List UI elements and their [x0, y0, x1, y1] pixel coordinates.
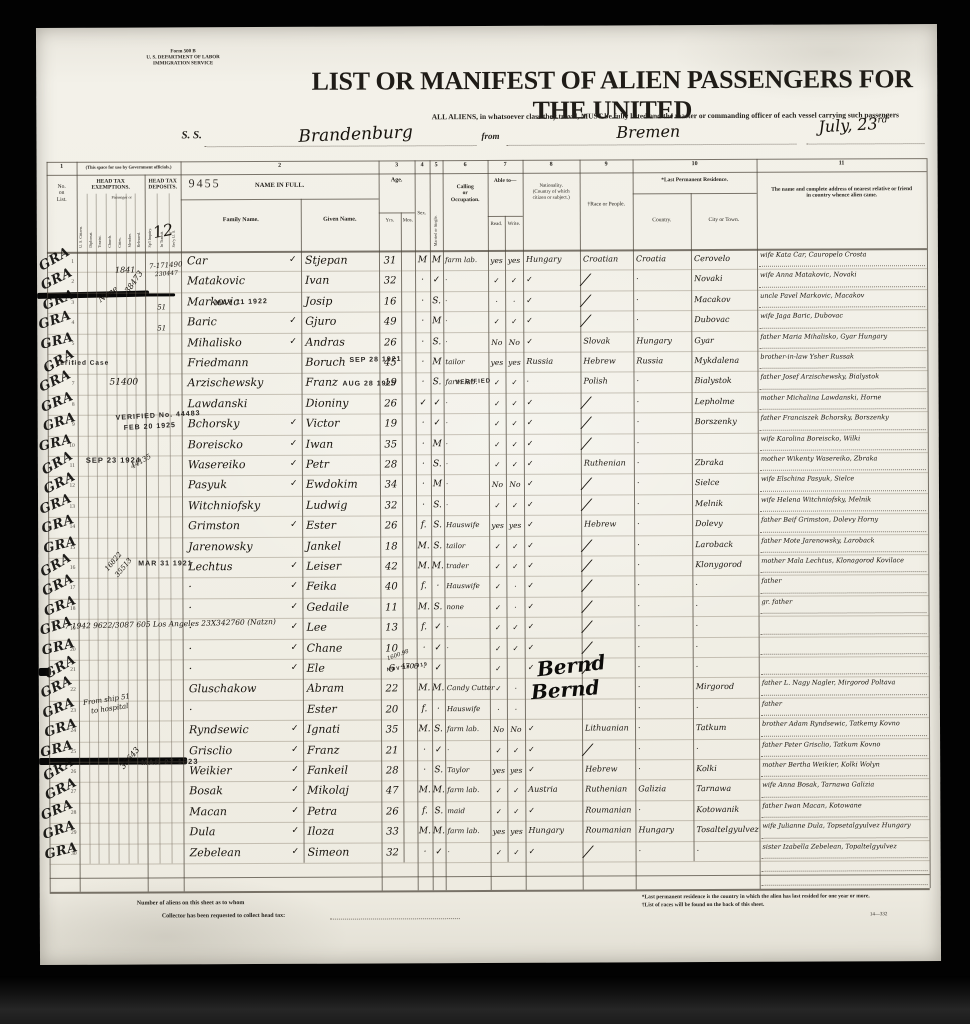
cell-country: ·: [639, 846, 642, 855]
grid-vline: [301, 199, 305, 863]
col-number: 7: [488, 162, 523, 168]
relative-guide-line: [760, 469, 926, 471]
cell-sex: ·: [417, 765, 432, 775]
cell-family-name: ·: [188, 581, 192, 594]
relative-guide-line: [759, 367, 925, 369]
cell-read: ✓: [489, 501, 506, 510]
cell-nationality: ✓: [527, 581, 534, 590]
cell-married-single: S.: [430, 296, 443, 306]
cell-age-years: 40: [380, 582, 402, 593]
header-race: †Race or People.: [580, 201, 633, 207]
cell-occupation: farm lab.: [445, 256, 488, 264]
paper-sheet: Form 500 B U. S. DEPARTMENT OF LABOR IMM…: [36, 24, 941, 965]
cell-age-years: 32: [379, 276, 401, 287]
cell-given-name: Fankeil: [307, 764, 348, 777]
cell-country: ·: [638, 805, 641, 814]
cell-nationality: ✓: [526, 275, 533, 284]
cell-relative: father Josef Arzischewsky, Bialystok: [760, 372, 923, 381]
col-number: 9: [580, 161, 633, 167]
cell-write: ✓: [506, 419, 524, 428]
cell-race: Polish: [583, 377, 607, 386]
cell-married-single: S.: [430, 378, 443, 388]
cell-occupation: ·: [446, 460, 489, 468]
cell-married-single: S.: [430, 337, 443, 347]
relative-guide-line: [761, 735, 927, 737]
cell-nationality: ✓: [528, 663, 535, 672]
cell-nationality: ✓: [527, 540, 534, 549]
cell-read: No: [490, 725, 507, 734]
cell-country: Croatia: [636, 254, 666, 263]
cell-city: Macakov: [694, 295, 730, 304]
cell-race: /: [581, 536, 593, 554]
cell-sex: ·: [416, 500, 431, 510]
cell-city: Tatkum: [696, 723, 726, 732]
cell-occupation: ·: [446, 501, 489, 509]
cell-family-name: Bchorsky: [188, 417, 240, 430]
footer-residence-note: *Last permanent residence is the country…: [642, 893, 870, 900]
cell-occupation: ·: [447, 623, 490, 631]
cell-family-name: ·: [189, 662, 193, 675]
header-exemption-col: Cities.: [116, 198, 121, 248]
cell-age-years: 32: [382, 847, 404, 858]
cell-nationality: ✓: [528, 642, 535, 651]
cell-race: /: [581, 577, 593, 595]
cell-age-years: 33: [381, 827, 403, 838]
cell-city: Kolki: [696, 764, 717, 773]
cell-nationality: ✓: [528, 622, 535, 631]
relative-guide-line: [760, 408, 926, 410]
grid-hline: [379, 212, 415, 213]
relative-guide-line: [761, 653, 927, 655]
cell-write: ✓: [506, 439, 524, 448]
cell-write: ·: [507, 705, 525, 714]
check-mark: ✓: [291, 622, 299, 632]
cell-city: Tosaltelgyulvez: [696, 825, 758, 834]
cell-city: ·: [696, 662, 699, 671]
cell-age-years: 26: [381, 806, 403, 817]
cell-occupation: none: [446, 603, 489, 611]
cell-sex: M.: [416, 561, 431, 571]
cell-race: Ruthenian: [585, 785, 627, 794]
check-mark: ✓: [291, 785, 299, 795]
cell-occupation: ·: [445, 297, 488, 305]
cell-married-single: M: [430, 357, 443, 367]
cell-country: ·: [637, 540, 640, 549]
cell-race: /: [581, 557, 593, 575]
cell-family-name: Zebelean: [190, 846, 241, 859]
cell-age-years: 20: [381, 704, 403, 715]
cell-given-name: Victor: [306, 417, 340, 430]
cell-occupation: farm lab.: [447, 725, 490, 733]
check-mark: ✓: [291, 806, 299, 816]
cell-family-name: Macan: [189, 805, 227, 818]
cell-write: yes: [505, 358, 523, 367]
header-yrs: Yrs.: [379, 218, 401, 223]
cell-country: ·: [637, 601, 640, 610]
cell-family-name: Ryndsewic: [189, 723, 249, 736]
cell-nationality: ✓: [527, 500, 534, 509]
cell-occupation: farm lab.: [447, 786, 490, 794]
cell-family-name: Dula: [189, 825, 215, 838]
cell-occupation: tailor: [446, 542, 489, 550]
cell-nationality: ✓: [528, 744, 535, 753]
cell-age-years: 32: [380, 500, 402, 511]
header-able-to: Able to—: [488, 178, 523, 184]
cell-relative: sister Izabella Zebelean, Topaltelgyulve…: [763, 842, 926, 851]
cell-race: /: [580, 312, 592, 330]
rule: [506, 144, 796, 146]
footer-aliens-note: Number of aliens on this sheet as to who…: [137, 900, 245, 906]
cell-city: ·: [695, 601, 698, 610]
check-mark: ✓: [292, 846, 300, 856]
check-mark: ✓: [289, 255, 297, 265]
cell-country: ·: [637, 458, 640, 467]
date-stamp: Verified Case: [55, 360, 109, 367]
cell-read: yes: [490, 827, 507, 836]
cell-relative: wife Anna Bosak, Tarnawa Galizia: [762, 780, 925, 789]
cell-country: ·: [638, 622, 641, 631]
cell-race: /: [580, 291, 592, 309]
date-stamp: MAY 11 1922: [215, 298, 268, 307]
cell-relative: mother Michalina Lawdanski, Horne: [761, 393, 924, 402]
cell-race: /: [581, 434, 593, 452]
cell-write: ·: [507, 684, 525, 693]
cell-given-name: Andras: [305, 335, 345, 348]
cell-relative: father Franciszek Bchorsky, Borszenky: [761, 413, 924, 422]
cell-age-years: 49: [379, 317, 401, 328]
cell-given-name: Ewdokim: [306, 478, 358, 491]
cell-sex: ·: [418, 847, 433, 857]
relative-guide-line: [761, 694, 927, 696]
relative-guide-line: [761, 775, 927, 777]
date-stamp: MAR 31 1921: [138, 560, 192, 567]
check-mark: ✓: [290, 581, 298, 591]
cell-write: ✓: [506, 501, 524, 510]
cell-write: yes: [505, 256, 523, 265]
cell-age-years: 35: [380, 439, 402, 450]
cell-city: Tarnawa: [696, 784, 731, 793]
cell-family-name: Arzischewsky: [187, 376, 263, 389]
cell-read: yes: [489, 521, 506, 530]
relative-guide-line: [762, 857, 928, 859]
handwritten-annotation: 1841: [115, 266, 135, 275]
cell-age-years: 47: [381, 786, 403, 797]
cell-country: ·: [638, 683, 641, 692]
cell-married-single: S.: [431, 602, 444, 612]
check-mark: ✓: [291, 663, 299, 673]
cell-read: ✓: [490, 664, 507, 673]
cell-given-name: Lee: [307, 621, 327, 634]
date-stamp: FEB 20 1925: [124, 422, 177, 432]
cell-married-single: S.: [431, 500, 444, 510]
cell-nationality: ✓: [528, 724, 535, 733]
grid-hline: [181, 198, 379, 200]
relative-guide-line: [761, 673, 927, 675]
cell-city: Mykdalena: [694, 356, 739, 365]
header-family-name: Family Name.: [183, 217, 299, 224]
cell-married-single: M.: [432, 826, 445, 836]
col-number: 1: [47, 164, 77, 170]
cell-read: ✓: [490, 644, 507, 653]
cell-given-name: Ignati: [307, 723, 340, 736]
cell-age-years: 26: [380, 521, 402, 532]
cell-relative: gr. father: [761, 597, 924, 606]
cell-married-single: M.: [432, 786, 445, 796]
govt-space-label: (This space for use by Government offici…: [79, 164, 179, 169]
cell-occupation: trader: [446, 562, 489, 570]
cell-married-single: ✓: [431, 418, 444, 428]
footer-form-number: 14—332: [870, 912, 888, 917]
cell-nationality: Russia: [526, 357, 553, 366]
cell-write: ✓: [505, 276, 523, 285]
cell-race: /: [580, 393, 592, 411]
relative-guide-line: [760, 449, 926, 451]
cell-read: ✓: [490, 684, 507, 693]
cell-given-name: Josip: [305, 294, 332, 307]
header-exemptions: HEAD TAX EXEMPTIONS.: [79, 179, 143, 192]
cell-city: ·: [696, 744, 699, 753]
cell-family-name: Grimston: [188, 519, 240, 532]
cell-married-single: ✓: [432, 663, 445, 673]
cell-family-name: Car: [187, 254, 207, 267]
cell-city: Lepholme: [695, 397, 735, 406]
cell-country: ·: [636, 295, 639, 304]
cell-occupation: Candy Cutter: [447, 684, 490, 692]
row-line: [49, 656, 929, 661]
check-mark: ✓: [291, 744, 299, 754]
col-number: 3: [379, 162, 415, 168]
grid-hline: [50, 874, 930, 879]
cell-race: Roumanian: [585, 805, 631, 814]
cell-married-single: M: [431, 439, 444, 449]
relative-guide-line: [761, 796, 927, 798]
cell-race: Roumanian: [585, 826, 631, 835]
header-country: Country.: [633, 217, 691, 223]
header-age: Age.: [379, 177, 415, 183]
header-exemption-col: Diplomat.: [87, 198, 92, 248]
cell-age-years: 22: [381, 684, 403, 695]
cell-occupation: ·: [446, 399, 489, 407]
cell-relative: wife Julianne Dula, Topsetalgyulvez Hung…: [762, 821, 925, 830]
cell-city: Novaki: [694, 274, 723, 283]
cell-country: Russia: [636, 356, 663, 365]
cell-relative: brother Adam Ryndsewic, Tatkemy Kovno: [762, 719, 925, 728]
cell-country: ·: [637, 397, 640, 406]
col-number: 5: [430, 162, 443, 168]
cell-write: ✓: [506, 399, 524, 408]
relative-guide-line: [760, 551, 926, 553]
cell-family-name: Friedmann: [187, 356, 248, 369]
cell-age-years: 13: [381, 623, 403, 634]
cell-city: Gyar: [694, 336, 714, 345]
header-given-name: Given Name.: [303, 216, 377, 222]
cell-country: ·: [637, 499, 640, 508]
cell-age-years: 21: [381, 745, 403, 756]
col-number: 4: [415, 162, 430, 168]
cell-sex: ·: [416, 439, 431, 449]
cell-sex: ·: [415, 316, 430, 326]
cell-age-years: 11: [380, 602, 402, 613]
cell-given-name: Ele: [307, 662, 325, 675]
cell-family-name: Weikier: [189, 764, 231, 777]
relative-guide-line: [759, 347, 925, 349]
cell-given-name: Gjuro: [305, 315, 336, 328]
handwritten-annotation: 230447: [155, 270, 178, 279]
cell-married-single: S.: [432, 724, 445, 734]
relative-guide-line: [761, 837, 927, 839]
cell-occupation: Taylor: [447, 766, 490, 774]
check-mark: ✓: [289, 316, 297, 326]
cell-sex: ·: [415, 357, 430, 367]
cell-read: yes: [488, 358, 505, 367]
cell-race: /: [582, 740, 594, 758]
relative-guide-line: [761, 633, 927, 635]
cell-married-single: S.: [432, 765, 445, 775]
cell-family-name: Matakovic: [187, 274, 245, 287]
cell-read: ✓: [489, 603, 506, 612]
cell-write: ✓: [506, 562, 524, 571]
check-mark: ✓: [290, 459, 298, 469]
cell-read: ✓: [489, 399, 506, 408]
cell-relative: mother Mala Lechtus, Klonagorod Kovilace: [761, 556, 924, 565]
check-mark: ✓: [290, 602, 298, 612]
cell-write: yes: [507, 766, 525, 775]
cell-sex: M.: [417, 786, 432, 796]
handwritten-annotation: 51: [157, 303, 166, 311]
cell-country: ·: [638, 744, 641, 753]
cell-read: ·: [490, 705, 507, 714]
cell-relative: father L. Nagy Nagler, Mirgorod Poltava: [762, 678, 925, 687]
relative-guide-line: [761, 816, 927, 818]
check-mark: ✓: [289, 336, 297, 346]
cell-race: Ruthenian: [584, 458, 626, 467]
cell-age-years: 26: [380, 398, 402, 409]
cell-occupation: ·: [445, 338, 488, 346]
cell-married-single: S.: [431, 520, 444, 530]
cell-age-years: 26: [379, 337, 401, 348]
handwritten-annotation: Bernd: [530, 675, 600, 704]
grid-hline: [633, 193, 757, 195]
cell-relative: [762, 638, 925, 639]
cell-sex: f.: [416, 582, 431, 592]
cell-write: No: [507, 725, 525, 734]
date-stamp: AUG 28 1925: [343, 380, 397, 387]
rule: [806, 143, 924, 145]
cell-age-years: 19: [380, 419, 402, 430]
cell-write: ✓: [507, 745, 525, 754]
cell-city: Bialystok: [694, 376, 731, 385]
check-mark: ✓: [291, 642, 299, 652]
cell-write: yes: [507, 827, 525, 836]
cell-married-single: S.: [431, 459, 444, 469]
cell-given-name: Jankel: [306, 539, 341, 552]
cell-occupation: ·: [446, 419, 489, 427]
header-name-in-full: NAME IN FULL.: [181, 181, 379, 189]
cell-nationality: Hungary: [526, 255, 562, 264]
check-mark: ✓: [290, 438, 298, 448]
cell-write: ·: [506, 603, 524, 612]
cell-given-name: Petra: [307, 804, 337, 817]
cell-race: Hebrew: [584, 520, 616, 529]
cell-age-years: 42: [380, 561, 402, 572]
check-mark: ✓: [290, 561, 298, 571]
check-mark: ✓: [290, 479, 298, 489]
relative-guide-line: [759, 306, 925, 308]
cell-occupation: ·: [446, 440, 489, 448]
header-residence: *Last Permanent Residence.: [633, 177, 757, 184]
cell-sex: ✓: [416, 398, 431, 408]
cell-country: ·: [638, 662, 641, 671]
cell-family-name: ·: [189, 642, 193, 655]
cell-city: Laroback: [695, 540, 733, 549]
cell-nationality: ·: [526, 377, 529, 386]
handwritten-annotation: 12: [151, 220, 174, 242]
cell-nationality: ✓: [529, 846, 536, 855]
gra-stamp: GRA: [37, 308, 74, 333]
relative-guide-line: [759, 286, 925, 288]
cell-nationality: ✓: [527, 398, 534, 407]
cell-nationality: ✓: [527, 520, 534, 529]
cell-family-name: Gluschakow: [189, 682, 257, 695]
cell-occupation: ·: [445, 317, 488, 325]
cell-given-name: Iwan: [306, 437, 333, 450]
cell-occupation: Hauswife: [446, 582, 489, 590]
cell-country: ·: [637, 438, 640, 447]
relative-guide-line: [760, 510, 926, 512]
cell-given-name: Franz: [307, 743, 339, 756]
cell-given-name: Ester: [307, 702, 337, 715]
relative-guide-line: [761, 612, 927, 614]
cell-country: Hungary: [638, 825, 674, 834]
cell-age-years: 28: [380, 459, 402, 470]
header-nationality: Nationality. (Country of which citizen o…: [523, 184, 580, 201]
cell-country: ·: [637, 520, 640, 529]
departure-port: Bremen: [616, 122, 680, 142]
cell-nationality: ✓: [526, 296, 533, 305]
cell-nationality: Austria: [528, 785, 557, 794]
cell-country: Hungary: [636, 336, 672, 345]
relative-guide-line: [760, 388, 926, 390]
cell-city: ·: [697, 846, 700, 855]
cell-given-name: Franz: [305, 376, 337, 389]
relative-guide-line: [759, 327, 925, 329]
check-mark: ✓: [291, 826, 299, 836]
cell-occupation: ·: [447, 644, 490, 652]
cell-sex: ·: [416, 480, 431, 490]
cell-read: ✓: [488, 276, 505, 285]
cell-city: ·: [696, 703, 699, 712]
cell-relative: [762, 658, 925, 659]
from-label: from: [481, 131, 499, 141]
cell-city: Dubovac: [694, 315, 729, 324]
cell-married-single: S.: [432, 806, 445, 816]
cell-sex: ·: [417, 643, 432, 653]
cell-write: ·: [506, 582, 524, 591]
cell-city: ·: [696, 621, 699, 630]
cell-given-name: Mikolaj: [307, 784, 349, 797]
cell-married-single: ✓: [432, 622, 445, 632]
sailing-date: July, 23rd: [818, 113, 888, 136]
cell-city: ·: [695, 580, 698, 589]
cell-write: No: [505, 337, 523, 346]
cell-relative: wife Karolina Boreiscko, Wilki: [761, 434, 924, 443]
cell-nationality: ✓: [527, 479, 534, 488]
cell-given-name: Feika: [306, 580, 336, 593]
col-number: 2: [181, 162, 379, 169]
cell-relative: father Peter Grisclio, Tatkum Kovno: [762, 740, 925, 749]
cell-sex: ·: [415, 337, 430, 347]
cell-read: yes: [490, 766, 507, 775]
